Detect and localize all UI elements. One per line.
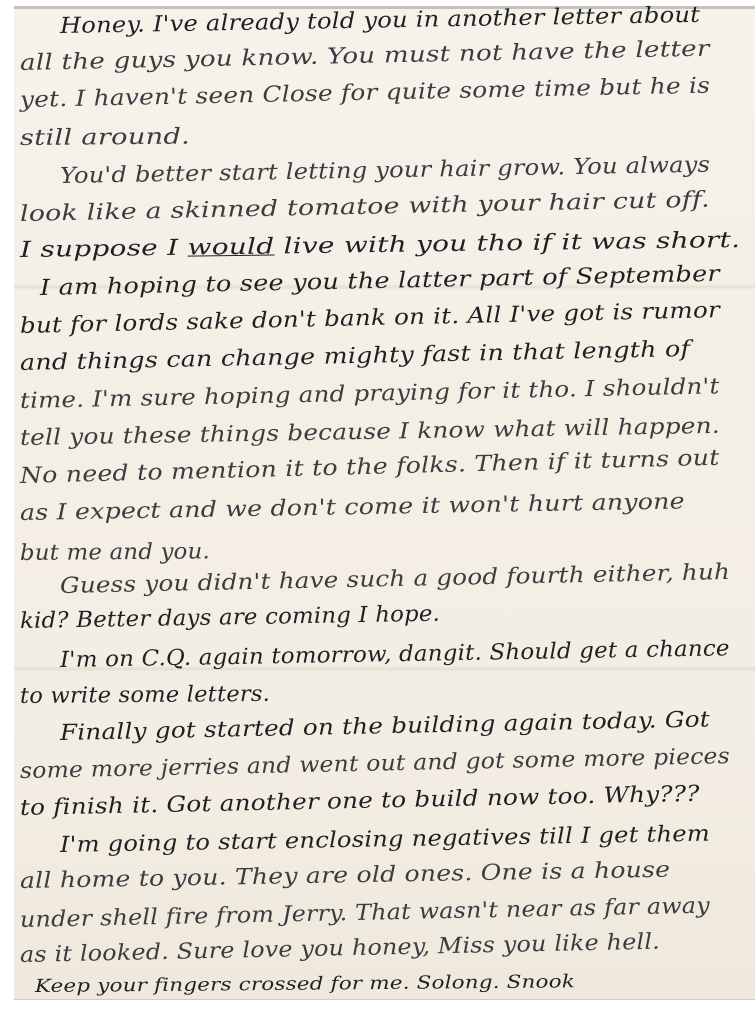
underlined-word: would <box>187 234 274 260</box>
letter-line: still around. <box>20 125 190 151</box>
letter-line: to write some letters. <box>20 682 270 709</box>
letter-line: but me and you. <box>20 539 210 566</box>
